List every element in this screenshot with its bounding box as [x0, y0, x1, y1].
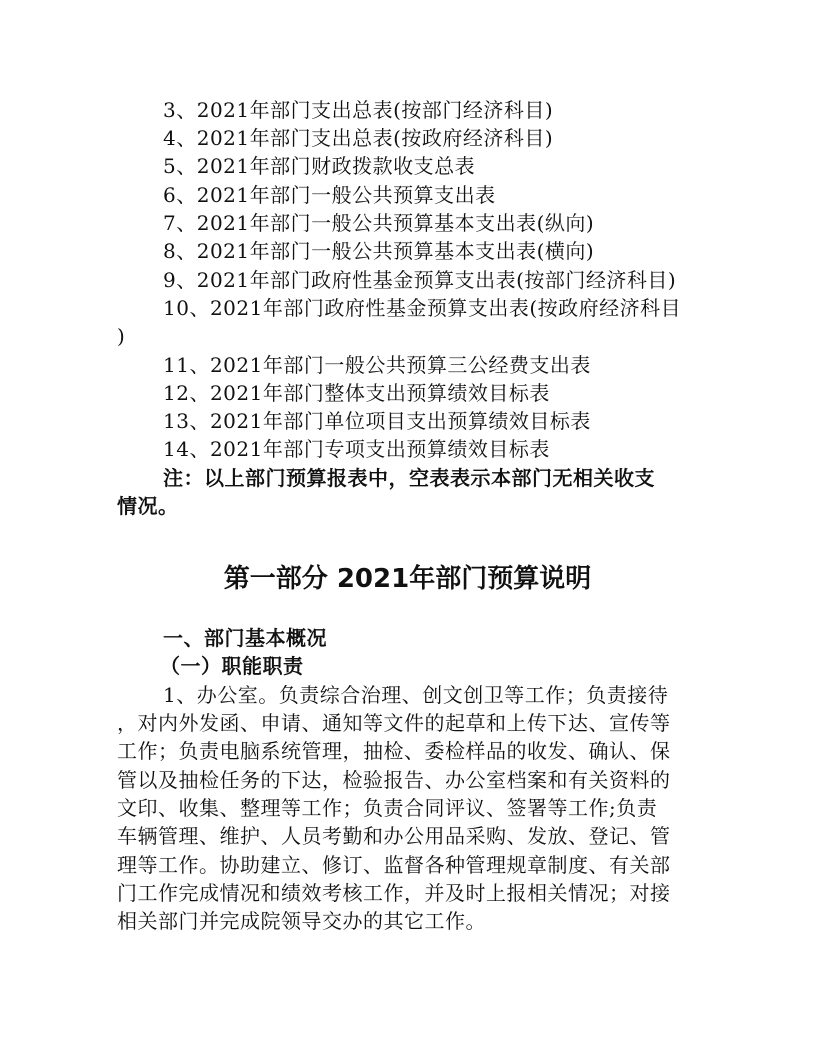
toc-item-7: 7、2021年部门一般公共预算基本支出表(纵向) [163, 210, 594, 236]
toc-item-4: 4、2021年部门支出总表(按政府经济科目) [163, 125, 553, 151]
toc-item-11: 11、2021年部门一般公共预算三公经费支出表 [163, 352, 591, 378]
toc-item-6: 6、2021年部门一般公共预算支出表 [163, 182, 496, 208]
paragraph-line: 车辆管理、维护、人员考勤和办公用品采购、发放、登记、管 [117, 823, 671, 849]
paragraph-line: 相关部门并完成院领导交办的其它工作。 [117, 908, 486, 934]
toc-item-9: 9、2021年部门政府性基金预算支出表(按部门经济科目) [163, 267, 676, 293]
paragraph-line: 文印、收集、整理等工作；负责合同评议、签署等工作;负责 [117, 795, 657, 821]
toc-item-12: 12、2021年部门整体支出预算绩效目标表 [163, 380, 550, 406]
paragraph-line: 管以及抽检任务的下达，检验报告、办公室档案和有关资料的 [117, 767, 671, 793]
toc-item-13: 13、2021年部门单位项目支出预算绩效目标表 [163, 408, 591, 434]
heading-functions: （一）职能职责 [160, 653, 304, 679]
paragraph-line: 理等工作。协助建立、修订、监督各种管理规章制度、有关部 [117, 852, 671, 878]
toc-item-8: 8、2021年部门一般公共预算基本支出表(横向) [163, 238, 594, 264]
toc-item-5: 5、2021年部门财政拨款收支总表 [163, 153, 475, 179]
note-line-1: 注：以上部门预算报表中，空表表示本部门无相关收支 [163, 465, 655, 491]
toc-item-14: 14、2021年部门专项支出预算绩效目标表 [163, 436, 550, 462]
paragraph-line: 门工作完成情况和绩效考核工作，并及时上报相关情况；对接 [117, 880, 671, 906]
note-line-2: 情况。 [117, 493, 179, 519]
heading-dept-overview: 一、部门基本概况 [163, 625, 327, 651]
toc-item-3: 3、2021年部门支出总表(按部门经济科目) [163, 97, 553, 123]
paragraph-line: 工作；负责电脑系统管理，抽检、委检样品的收发、确认、保 [117, 738, 671, 764]
toc-item-10-wrap: ) [117, 323, 125, 349]
paragraph-line: 1、办公室。负责综合治理、创文创卫等工作；负责接待 [163, 682, 668, 708]
toc-item-10: 10、2021年部门政府性基金预算支出表(按政府经济科目 [163, 295, 681, 321]
paragraph-line: ，对内外发函、申请、通知等文件的起草和上传下达、宣传等 [117, 710, 671, 736]
section-title: 第一部分 2021年部门预算说明 [0, 562, 815, 596]
